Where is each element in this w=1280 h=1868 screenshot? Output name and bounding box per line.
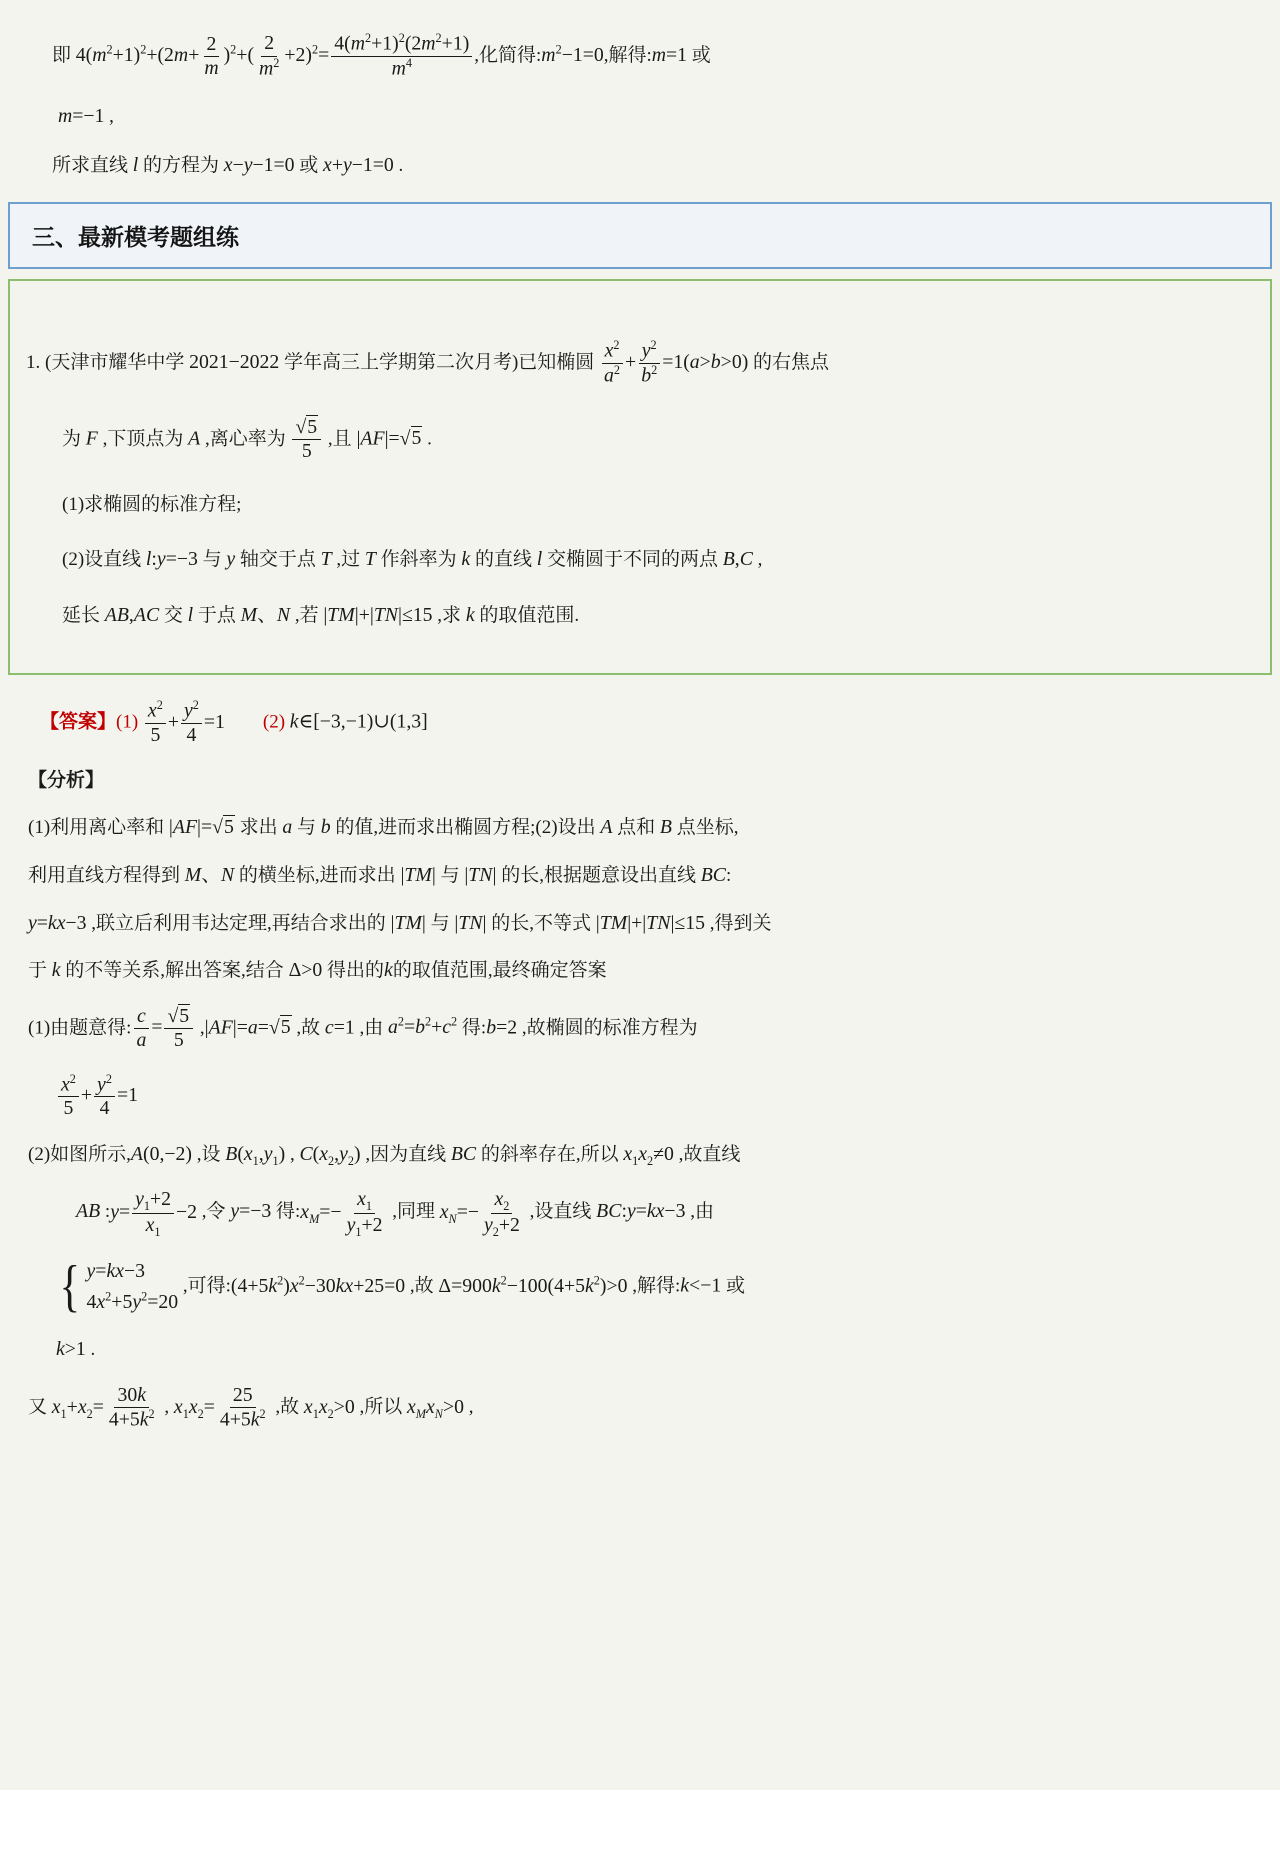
subscript: 2	[198, 1406, 204, 1420]
text-run: (天津市耀华中学	[45, 352, 189, 373]
analysis-4: 于 k 的不等关系,解出答案,结合 Δ>0 得出的k的取值范围,最终确定答案	[0, 957, 1280, 985]
text-run: 求出	[235, 817, 283, 838]
text-run: (1)	[116, 712, 143, 733]
analysis-3: y=kx−3 ,联立后利用韦达定理,再结合求出的 |TM| 与 |TN| 的长,…	[0, 910, 1280, 938]
fraction-denominator: y1+2	[344, 1214, 386, 1238]
text-run: ,因为直线	[361, 1144, 451, 1165]
math-expression: k	[384, 959, 393, 981]
text-run: 作斜率为	[376, 549, 462, 570]
superscript: 2	[277, 1273, 283, 1287]
subscript: 1	[154, 1225, 160, 1239]
fraction-denominator: a2	[601, 364, 623, 388]
text-run: 于点	[193, 605, 241, 626]
text-run: ,设直线	[525, 1202, 596, 1223]
math-expression: 4(m2+1)2+(2m+2m)2+(2m2+2)2=4(m2+1)2(2m2+…	[76, 44, 475, 66]
superscript: 2	[613, 338, 619, 352]
math-expression: xM=−x1y1+2	[300, 1201, 387, 1223]
math-expression: xMxN>0	[407, 1396, 464, 1418]
text-run: (2)如图所示,	[28, 1144, 131, 1165]
text-run: 点和	[612, 817, 660, 838]
math-expression: |TN|	[464, 864, 496, 886]
fraction: x2y2+2	[481, 1188, 523, 1237]
radical-sign: √	[269, 1016, 280, 1038]
text-run: 得出的	[322, 960, 384, 981]
text-run: (1)利用离心率和	[28, 817, 169, 838]
math-expression: 2021−2022	[189, 351, 279, 373]
fraction-numerator: x2	[602, 339, 623, 364]
text-run: ,解得:	[627, 1276, 680, 1297]
problem-box: 1. (天津市耀华中学 2021−2022 学年高三上学期第二次月考)已知椭圆 …	[8, 279, 1272, 675]
fraction: ca	[133, 1005, 149, 1053]
text-run: 的斜率存在,所以	[476, 1144, 623, 1165]
text-run: ,故	[405, 1276, 438, 1297]
sqrt: √5	[269, 1015, 292, 1038]
math-expression: AB	[76, 1201, 100, 1223]
analysis-1: (1)利用离心率和 |AF|=√5 求出 a 与 b 的值,进而求出椭圆方程;(…	[0, 814, 1280, 842]
fraction: y24	[94, 1073, 115, 1121]
math-expression: x1x2=254+5k2	[174, 1396, 271, 1418]
math-expression: k<−1	[680, 1275, 721, 1297]
text-run: ,	[753, 549, 763, 570]
text-run: 的方程为	[138, 155, 224, 176]
math-expression: y=−3	[230, 1201, 271, 1223]
math-expression: x−y−1=0	[224, 154, 295, 176]
subscript: 2	[328, 1406, 334, 1420]
math-expression: |TM|	[391, 912, 426, 934]
math-expression: BC	[451, 1143, 476, 1165]
subscript: 2	[493, 1225, 499, 1239]
text-run: 的值,进而求出椭圆方程;(2)设出	[331, 817, 601, 838]
fraction-denominator: b2	[638, 364, 660, 388]
fraction-numerator: 4(m2+1)2(2m2+1)	[331, 32, 472, 57]
fraction-denominator: y2+2	[481, 1214, 523, 1238]
superscript: 2	[365, 31, 371, 45]
text-run: 的长,根据题意设出直线	[496, 865, 700, 886]
text-run: ,离心率为	[200, 428, 290, 449]
subscript: 1	[366, 1199, 372, 1213]
superscript: 2	[299, 1273, 305, 1287]
system-brace: {	[59, 1264, 80, 1310]
text-run: 交椭圆于不同的两点	[542, 549, 723, 570]
text-run: 即	[52, 45, 76, 66]
math-expression: xN=−x2y2+2	[440, 1201, 525, 1223]
sqrt: √5	[167, 1004, 190, 1027]
math-expression: m2−1=0	[541, 44, 603, 66]
text-run: 的长,不等式	[487, 913, 596, 934]
math-expression: A	[188, 427, 200, 449]
text-run: 交	[159, 605, 188, 626]
fraction-denominator: m2	[256, 57, 282, 81]
text-run: 的取值范围.	[475, 605, 580, 626]
text-run: ,故椭圆的标准方程为	[517, 1017, 698, 1038]
sqrt: √5	[295, 415, 318, 438]
subscript: 2	[503, 1199, 509, 1213]
text-run: 得:	[271, 1202, 300, 1223]
system-row: y=kx−3	[87, 1258, 179, 1286]
fraction: x1y1+2	[344, 1188, 386, 1237]
text-run: ,联立后利用韦达定理,再结合求出的	[87, 913, 391, 934]
math-expression: x1+x2=30k4+5k2	[52, 1396, 160, 1418]
fraction-numerator: x2	[58, 1073, 79, 1098]
fraction: √55	[292, 416, 321, 464]
superscript: 2	[501, 1273, 507, 1287]
text-run: 或	[687, 45, 711, 66]
answer-analysis-section: 【答案】(1) x25+y24=1 (2) k∈[−3,−1)∪(1,3]【分析…	[0, 699, 1280, 1432]
solution-2-vieta: 又 x1+x2=30k4+5k2 , x1x2=254+5k2 ,故 x1x2>…	[0, 1384, 1280, 1432]
section-header-title: 三、最新模考题组练	[32, 224, 239, 250]
text-run: ,由	[685, 1202, 714, 1223]
subscript: 1	[273, 1154, 279, 1168]
fraction: y2b2	[638, 339, 660, 388]
fraction: 2m	[201, 33, 221, 81]
text-run	[225, 712, 263, 733]
subscript: N	[449, 1212, 457, 1226]
radical-sign: √	[167, 1005, 178, 1027]
superscript: 2	[651, 338, 657, 352]
fraction: y24	[181, 699, 202, 747]
text-run: 或	[721, 1276, 745, 1297]
text-run: ,	[195, 1017, 205, 1038]
solution-1-eq: x25+y24=1	[0, 1073, 1280, 1121]
fraction: 30k4+5k2	[106, 1384, 158, 1432]
q1-part2: (2)设直线 l:y=−3 与 y 轴交于点 T ,过 T 作斜率为 k 的直线…	[16, 546, 1256, 574]
line-m-neg1: m=−1 ,	[0, 103, 1280, 131]
text-run: 点坐标,	[672, 817, 739, 838]
math-expression: y	[226, 548, 235, 570]
superscript: 4	[406, 56, 412, 70]
text-run: .	[422, 428, 432, 449]
superscript: 2	[141, 1289, 147, 1303]
fraction: y1+2x1	[132, 1188, 174, 1237]
text-run: ,	[104, 106, 114, 127]
math-expression: M、N	[241, 604, 290, 626]
sqrt-argument: 5	[306, 415, 318, 438]
math-expression: k∈[−3,−1)∪(1,3]	[290, 711, 428, 733]
text-run: 的右焦点	[748, 352, 829, 373]
fraction-numerator: y2	[181, 699, 202, 724]
fraction-denominator: x1	[143, 1214, 164, 1238]
math-expression: |TM|+|TN|≤15	[596, 912, 705, 934]
text-run: ,化简得:	[474, 45, 541, 66]
fraction-numerator: 25	[230, 1384, 256, 1408]
analysis-2: 利用直线方程得到 M、N 的横坐标,进而求出 |TM| 与 |TN| 的长,根据…	[0, 862, 1280, 890]
math-expression: |AF|=a=√5	[205, 1015, 292, 1038]
math-expression: AB,AC	[105, 604, 159, 626]
text-run: ,同理	[387, 1202, 439, 1223]
superscript: 2	[106, 1072, 112, 1086]
superscript: 2	[399, 31, 405, 45]
math-expression: M、N	[185, 864, 234, 886]
math-expression: k>1	[56, 1338, 86, 1360]
subscript: 1	[144, 1199, 150, 1213]
text-run: (2)设直线	[62, 549, 146, 570]
superscript: 2	[149, 1407, 155, 1421]
math-expression: c=1	[325, 1016, 355, 1038]
text-run: 于	[28, 960, 52, 981]
fraction-numerator: 30k	[114, 1384, 149, 1408]
math-expression: |TN|	[454, 912, 486, 934]
superscript: 2	[651, 363, 657, 377]
math-expression: C(x2,y2)	[299, 1143, 360, 1165]
radical-sign: √	[295, 416, 306, 438]
solution-2-k: k>1 .	[0, 1336, 1280, 1364]
math-expression: x1x2≠0	[623, 1143, 674, 1165]
text-run: ,得到关	[705, 913, 772, 934]
superscript: 2	[140, 42, 146, 56]
text-run: 【分析】	[28, 770, 104, 791]
solution-1: (1)由题意得:ca=√55 ,|AF|=a=√5 ,故 c=1 ,由 a2=b…	[0, 1005, 1280, 1053]
fraction-denominator: 5	[299, 440, 315, 463]
math-expression: |AF|=√5	[356, 426, 422, 449]
text-run: 延长	[62, 605, 105, 626]
math-expression: BC	[701, 864, 726, 886]
fraction-denominator: 4+5k2	[217, 1408, 269, 1432]
sqrt-argument: 5	[223, 815, 235, 838]
fraction-denominator: 5	[147, 724, 163, 747]
sqrt: √5	[212, 815, 235, 838]
text-run: ,故	[292, 1017, 325, 1038]
subscript: 2	[647, 1154, 653, 1168]
text-run: 为	[62, 428, 86, 449]
math-expression: y=kx−3	[28, 912, 87, 934]
superscript: 2	[425, 1015, 431, 1029]
superscript: 2	[594, 1273, 600, 1287]
fraction-denominator: m4	[389, 57, 415, 81]
math-expression: F	[86, 427, 98, 449]
text-run: ,令	[197, 1202, 230, 1223]
text-run: 的取值范围,最终确定答案	[393, 960, 607, 981]
math-expression: x25+y24=1	[56, 1084, 138, 1106]
radical-sign: √	[400, 427, 411, 449]
text-run: ,下顶点为	[98, 428, 188, 449]
math-expression: m=−1	[58, 105, 104, 127]
text-run: 轴交于点	[235, 549, 321, 570]
text-run: ,故直线	[674, 1144, 741, 1165]
text-run: ,且	[323, 428, 356, 449]
superscript: 2	[436, 31, 442, 45]
math-expression: |TM|	[400, 864, 435, 886]
math-expression: k	[52, 959, 61, 981]
math-expression: B,C	[723, 548, 753, 570]
system-row: 4x2+5y2=20	[87, 1289, 179, 1317]
fraction: x25	[58, 1073, 79, 1121]
math-expression: x+y−1=0	[323, 154, 394, 176]
fraction-numerator: 2	[261, 32, 277, 56]
text-run: .	[86, 1339, 96, 1360]
math-expression: T	[321, 548, 332, 570]
math-expression: |AF|=√5	[169, 815, 235, 838]
text-run: ,由	[355, 1017, 388, 1038]
math-expression: k	[466, 604, 475, 626]
subscript: M	[309, 1212, 319, 1226]
superscript: 2	[193, 698, 199, 712]
system-rows: y=kx−34x2+5y2=20	[87, 1258, 179, 1316]
superscript: 2	[70, 1072, 76, 1086]
fraction: 254+5k2	[217, 1384, 269, 1432]
fraction-numerator: 2	[204, 33, 220, 57]
math-expression: a2=b2+c2	[388, 1016, 457, 1038]
fraction-denominator: 5	[171, 1029, 187, 1052]
text-run: ,可得:	[178, 1276, 231, 1297]
subscript: 2	[87, 1406, 93, 1420]
text-run: 又	[28, 1397, 52, 1418]
subscript: 1	[253, 1154, 259, 1168]
superscript: 2	[398, 1015, 404, 1029]
superscript: 2	[230, 42, 236, 56]
text-run: :	[100, 1202, 110, 1223]
equation-system: {y=kx−34x2+5y2=20	[56, 1258, 178, 1316]
text-run: 与	[198, 549, 227, 570]
math-expression: Δ=900k2−100(4+5k2)>0	[438, 1275, 627, 1297]
text-run: (2)	[263, 712, 290, 733]
text-run: ,求	[433, 605, 466, 626]
text-run: ,若	[290, 605, 323, 626]
subscript: M	[416, 1406, 426, 1420]
fraction-numerator: x2	[145, 699, 166, 724]
math-expression: a	[282, 816, 292, 838]
superscript: 2	[157, 698, 163, 712]
solution-2-lineAB: AB :y=y1+2x1−2 ,令 y=−3 得:xM=−x1y1+2 ,同理 …	[0, 1188, 1280, 1237]
text-run: ,解得:	[604, 45, 652, 66]
fraction-numerator: x1	[354, 1188, 375, 1213]
fraction-numerator: c	[134, 1005, 149, 1029]
math-expression: {y=kx−34x2+5y2=20	[56, 1275, 178, 1297]
subscript: 1	[355, 1225, 361, 1239]
math-expression: m=1	[652, 44, 687, 66]
fraction: x25	[145, 699, 166, 747]
text-run: ,	[285, 1144, 299, 1165]
analysis-label: 【分析】	[0, 768, 1280, 795]
text-run: ,所以	[355, 1397, 407, 1418]
math-expression: B(x1,y1)	[225, 1143, 285, 1165]
document-page: 即 4(m2+1)2+(2m+2m)2+(2m2+2)2=4(m2+1)2(2m…	[0, 0, 1280, 1868]
subscript: N	[435, 1406, 443, 1420]
text-run: 与	[436, 865, 465, 886]
q1-part1: (1)求椭圆的标准方程;	[16, 492, 1256, 519]
fraction: √55	[164, 1005, 193, 1053]
superscript: 2	[556, 42, 562, 56]
text-run: 的横坐标,进而求出	[234, 865, 400, 886]
superscript: 2	[614, 363, 620, 377]
text-run: 学年高三上学期第二次月考)已知椭圆	[279, 352, 599, 373]
fraction-numerator: y2	[639, 339, 660, 364]
superscript: 2	[260, 1407, 266, 1421]
sqrt-argument: 5	[178, 1004, 190, 1027]
math-expression: B	[660, 816, 672, 838]
fraction: 2m2	[256, 32, 282, 80]
subscript: 2	[328, 1154, 334, 1168]
solution-2-system: {y=kx−34x2+5y2=20 ,可得:(4+5k2)x2−30kx+25=…	[0, 1258, 1280, 1316]
fraction-denominator: 4	[183, 724, 199, 747]
text-run: 的不等关系,解出答案,结合	[61, 960, 289, 981]
solution-2-intro: (2)如图所示,A(0,−2) ,设 B(x1,y1) , C(x2,y2) ,…	[0, 1141, 1280, 1169]
math-expression: b	[321, 816, 331, 838]
radical-sign: √	[212, 816, 223, 838]
math-expression: x1x2>0	[304, 1396, 355, 1418]
text-run: 或	[295, 155, 324, 176]
text-run: 得:	[457, 1017, 486, 1038]
subscript: 2	[348, 1154, 354, 1168]
text-run: ,故	[271, 1397, 304, 1418]
math-expression: A	[600, 816, 612, 838]
superscript: 2	[273, 56, 279, 70]
answer-line: 【答案】(1) x25+y24=1 (2) k∈[−3,−1)∪(1,3]	[0, 699, 1280, 747]
text-run: ,过	[332, 549, 365, 570]
text-run: (1)由题意得:	[28, 1017, 131, 1038]
text-run: .	[394, 155, 404, 176]
text-run: (1)求椭圆的标准方程;	[62, 494, 241, 515]
superscript: 2	[312, 42, 318, 56]
text-run: ,	[464, 1397, 474, 1418]
math-expression: √55	[290, 427, 323, 449]
text-run: 所求直线	[52, 155, 133, 176]
math-expression: b=2	[486, 1016, 517, 1038]
text-run: 利用直线方程得到	[28, 865, 185, 886]
math-expression: T	[365, 548, 376, 570]
superscript: 2	[105, 1289, 111, 1303]
q1-intro: 1. (天津市耀华中学 2021−2022 学年高三上学期第二次月考)已知椭圆 …	[16, 339, 1256, 388]
fraction-numerator: x2	[491, 1188, 512, 1213]
math-expression: Δ>0	[289, 959, 323, 981]
text-run: ,设	[192, 1144, 225, 1165]
text-run: 的直线	[470, 549, 537, 570]
math-expression: ca=√55	[131, 1016, 195, 1038]
fraction-numerator: √5	[292, 416, 321, 440]
text-run: 与	[426, 913, 455, 934]
q1-conditions: 为 F ,下顶点为 A ,离心率为 √55 ,且 |AF|=√5 .	[16, 416, 1256, 464]
math-expression: x2a2+y2b2=1(a>b>0)	[599, 351, 748, 373]
sqrt-argument: 5	[411, 426, 423, 449]
text-run: 【答案】	[40, 712, 116, 733]
math-expression: (4+5k2)x2−30kx+25=0	[231, 1275, 405, 1297]
fraction-numerator: y1+2	[132, 1188, 174, 1213]
math-expression: BC:y=kx−3	[596, 1201, 685, 1223]
q1-part2b: 延长 AB,AC 交 l 于点 M、N ,若 |TM|+|TN|≤15 ,求 k…	[16, 602, 1256, 630]
fraction-denominator: 5	[61, 1097, 77, 1120]
fraction-denominator: m	[201, 57, 221, 80]
math-expression: |TM|+|TN|≤15	[323, 604, 432, 626]
math-expression: A(0,−2)	[131, 1143, 192, 1165]
fraction: 4(m2+1)2(2m2+1)m4	[331, 32, 472, 81]
superscript: 2	[106, 42, 112, 56]
subscript: 1	[61, 1406, 67, 1420]
math-expression: y=y1+2x1−2	[110, 1201, 197, 1223]
solution-continued-section: 即 4(m2+1)2+(2m+2m)2+(2m2+2)2=4(m2+1)2(2m…	[0, 32, 1280, 180]
text-run: 1.	[26, 352, 45, 373]
fraction-numerator: y2	[94, 1073, 115, 1098]
document-content: 即 4(m2+1)2+(2m+2m)2+(2m2+2)2=4(m2+1)2(2m…	[0, 0, 1280, 1790]
fraction-denominator: a	[133, 1029, 149, 1052]
fraction: x2a2	[601, 339, 623, 388]
math-expression: k	[461, 548, 470, 570]
sqrt: √5	[400, 426, 423, 449]
fraction-denominator: 4+5k2	[106, 1408, 158, 1432]
fraction-denominator: 4	[97, 1097, 113, 1120]
math-expression: x25+y24=1	[143, 711, 225, 733]
text-run: 与	[292, 817, 321, 838]
fraction-numerator: √5	[164, 1005, 193, 1029]
text-run: :	[726, 865, 731, 886]
math-expression: l:y=−3	[146, 548, 198, 570]
text-run: ,	[160, 1397, 174, 1418]
line-simplify: 即 4(m2+1)2+(2m+2m)2+(2m2+2)2=4(m2+1)2(2m…	[0, 32, 1280, 81]
line-result: 所求直线 l 的方程为 x−y−1=0 或 x+y−1=0 .	[0, 152, 1280, 180]
section-header: 三、最新模考题组练	[8, 202, 1272, 269]
sqrt-argument: 5	[280, 1015, 292, 1038]
